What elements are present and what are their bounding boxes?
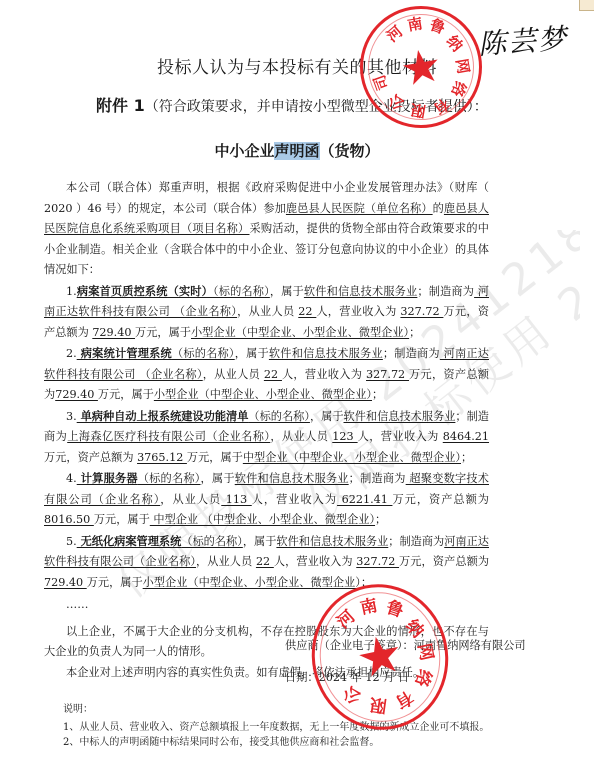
item-name: 病案统计管理系统 [77,346,172,360]
item-text: ，从业人员 [270,430,332,443]
item-text: 万元，资产总额为 [392,493,489,506]
item-name: 单病种自动上报系统建设功能清单 [77,409,249,423]
item-number: 5. [66,535,77,548]
item-text: ； [409,326,420,339]
item-number: 3. [66,410,77,423]
buyer-name: 鹿邑县人民医院（单位名称） [286,202,433,215]
item-staff: 113 [221,493,251,506]
item-text: ，属于 [201,472,235,485]
declaration-body: 本公司（联合体）郑重声明，根据《政府采购促进中小企业发展管理办法》（财库（ 20… [44,178,489,683]
item-text: ，从业人员 [237,305,298,318]
item-text: ；制造商为 [417,285,474,298]
item-number: 4. [66,472,77,485]
item-number: 1. [66,285,77,298]
item-paragraph: 3. 单病种自动上报系统建设功能清单（标的名称），属于软件和信息技术服务业；制造… [44,406,489,469]
intro-text: 的 [433,202,444,215]
item-industry: 软件和信息技术服务业 [304,285,417,298]
ellipsis: …… [44,595,489,616]
item-text: 万元，属于 [187,451,243,464]
item-text: ；制造商为 [383,347,440,360]
item-assets: 729.40 [92,326,135,339]
item-assets: 3765.12 [137,451,187,464]
note-item: 2、中标人的声明函随中标结果同时公布，接受其他供应商和社会监督。 [63,735,489,750]
item-number: 2. [66,347,77,360]
item-text: ； [461,451,472,464]
item-staff: 22 [256,555,274,568]
supplier-name: 河南鲁纳网络有限公司 [414,639,526,652]
item-text: ，从业人员 [196,555,256,568]
item-text: 人，营业收入为 [274,555,356,568]
item-revenue: 6221.41 [337,493,392,506]
item-industry: 软件和信息技术服务业 [235,472,349,485]
item-text: 万元，资产总额为 [399,555,489,568]
item-text: ，属于 [310,410,344,423]
heading-prefix: 中小企业 [214,142,274,160]
item-name: 计算服务器 [77,471,138,485]
item-revenue: 8464.21 [443,430,489,443]
notes-title: 说明： [63,702,489,717]
item-text: 万元，资产总额为 [44,451,137,464]
item-industry: 软件和信息技术服务业 [344,410,456,423]
item-text: 人，营业收入为 [358,430,443,443]
item-name-suffix: （标的名称） [248,410,310,423]
document-page: 仅限投标使用 20241218 仅限投标使用 20241218 投标人认为与本投… [0,0,594,781]
item-paragraph: 4. 计算服务器（标的名称），属于软件和信息技术服务业；制造商为 超聚变数字技术… [44,468,489,531]
item-text: ，属于 [243,535,277,548]
attachment-subtitle: 附件 1（符合政策要求，并申请按小型微型企业投标者提供）： [96,93,488,116]
item-maker: 上海森亿医疗科技有限公司（企业名称） [67,430,270,443]
item-text: ，从业人员 [203,368,264,381]
item-staff: 22 [298,305,316,318]
heading-highlight-selection[interactable]: 声明函 [274,142,319,160]
item-text: 人，营业收入为 [252,493,337,506]
statement-truthfulness: 本企业对上述声明内容的真实性负责。如有虚假，将依法承担相应责任。 [44,663,489,684]
item-text: 人，营业收入为 [316,305,400,318]
item-size: 中型企业（中型企业、小型企业、微型企业） [243,451,461,464]
supplier-signature-line: 供应商（企业电子签章）：河南鲁纳网络有限公司 [285,637,526,653]
notes-section: 说明： 1、从业人员、营业收入、资产总额填报上一年度数据，无上一年度数据的新成立… [63,702,489,750]
item-size: 小型企业（中型企业、小型企业、微型企业） [191,326,409,339]
item-text: ； [372,388,383,401]
item-text: 人，营业收入为 [282,368,366,381]
item-paragraph: 1.病案首页质控系统（实时）（标的名称），属于软件和信息技术服务业；制造商为 河… [44,281,489,344]
item-text: ；制造商为 [349,472,406,485]
handwritten-signature: 陈芸梦 [477,17,570,63]
seal-char: 河 [382,21,407,47]
item-revenue: 327.72 [400,305,443,318]
item-text: ； [361,576,372,589]
item-text: 万元，属于 [98,388,154,401]
item-text: 万元，属于 [87,576,143,589]
item-size: 小型企业（中型企业、小型企业、微型企业） [154,388,372,401]
item-name-suffix: （标的名称） [138,472,201,485]
item-text: ，属于 [235,347,269,360]
supplier-label: 供应商（企业电子签章）： [285,639,414,652]
item-name: 无纸化病案管理系统 [77,534,182,548]
item-paragraph: 2. 病案统计管理系统（标的名称），属于软件和信息技术服务业；制造商为 河南正达… [44,343,489,406]
item-staff: 123 [332,430,357,443]
item-text: ； [375,513,386,526]
attachment-note: （符合政策要求，并申请按小型微型企业投标者提供）： [145,99,488,115]
item-industry: 软件和信息技术服务业 [276,535,388,548]
item-paragraph: 5. 无纸化病案管理系统（标的名称），属于软件和信息技术服务业；制造商为河南正达… [44,531,489,594]
item-assets: 8016.50 [44,513,94,526]
item-name: 病案首页质控系统（实时） [77,284,213,298]
item-text: ，从业人员 [160,493,221,506]
heading-suffix: （货物） [320,142,380,160]
note-item: 1、从业人员、营业收入、资产总额填报上一年度数据，无上一年度数据的新成立企业可不… [63,720,489,735]
date-line: 日期：2024 年 12 月 日 [285,669,409,685]
item-assets: 729.40 [55,388,98,401]
declaration-heading: 中小企业声明函（货物） [0,140,594,161]
item-staff: 22 [264,368,282,381]
date-value: 2024 年 12 月 日 [319,671,410,684]
attachment-label: 附件 1 [96,96,145,115]
seal-char: 南 [406,12,424,35]
item-text: 万元，属于 [94,513,150,526]
item-text: ；制造商为 [388,535,444,548]
page-corner-tab[interactable] [579,0,594,11]
item-name-suffix: （标的名称） [181,535,243,548]
item-revenue: 327.72 [356,555,399,568]
item-text: 万元，属于 [135,326,191,339]
seal-char: 鲁 [427,14,448,39]
date-label: 日期： [285,671,319,684]
item-size: 小型企业（中型企业、小型企业、微型企业） [143,576,361,589]
item-revenue: 327.72 [366,368,409,381]
intro-paragraph: 本公司（联合体）郑重声明，根据《政府采购促进中小企业发展管理办法》（财库（ 20… [44,178,489,281]
item-text: ，属于 [270,285,304,298]
item-assets: 729.40 [44,576,87,589]
seal-char: 纳 [442,31,468,56]
item-name-suffix: （标的名称） [172,347,235,360]
item-industry: 软件和信息技术服务业 [269,347,383,360]
item-size: 中型企业 （中型企业、小型企业、微型企业） [150,513,375,526]
item-name-suffix: （标的名称） [213,285,270,298]
